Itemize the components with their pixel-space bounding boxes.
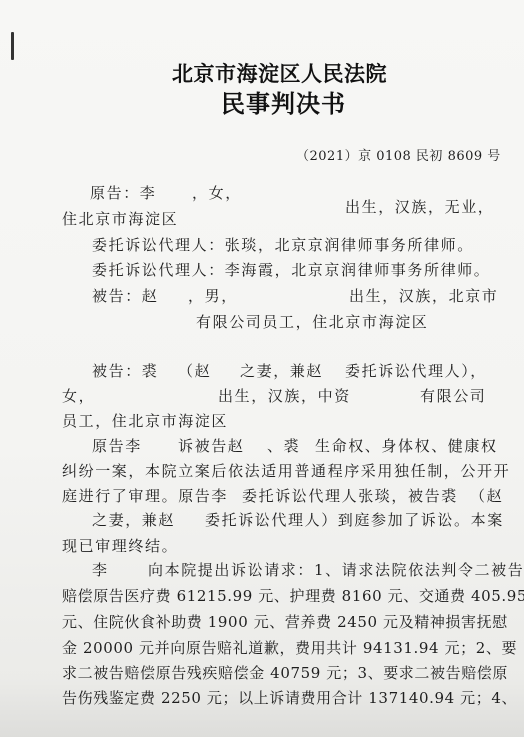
plaintiff-line: 原告：李 (90, 184, 156, 202)
page-shadow (0, 677, 524, 737)
margin-mark (11, 32, 14, 60)
agent-1: 委托诉讼代理人：张琰，北京京润律师事务所律师。 (92, 236, 474, 254)
document-type: 民事判决书 (221, 84, 346, 119)
claims-1b: 向本院提出诉讼请求：1、请求法院依法判令二被告 (148, 561, 524, 579)
claims-1a: 李 (92, 561, 109, 579)
claims-3: 元、住院伙食补助费 1900 元、营养费 2450 元及精神损害抚慰 (62, 613, 508, 631)
defendant-1-gender: ，男， (188, 287, 238, 305)
case-para-2: 纠纷一案，本院立案后依法适用普通程序采用独任制，公开开 (62, 462, 510, 480)
defendant-2-address: 员工，住北京市海淀区 (62, 412, 228, 430)
case-para-3c: （赵 (470, 487, 503, 505)
case-para-1d: 生命权、身体权、健康权 (315, 437, 498, 455)
case-para-5: 现已审理终结。 (62, 537, 178, 555)
defendant-1-address: 有限公司员工，住北京市海淀区 (196, 313, 428, 331)
defendant-2-company: 有限公司 (420, 387, 486, 405)
claims-4: 金 20000 元并向原告赔礼道歉，费用共计 94131.94 元；2、要 (62, 639, 517, 657)
case-number: （2021）京 0108 民初 8609 号 (296, 145, 501, 164)
agent-2: 委托诉讼代理人：李海霞，北京京润律师事务所律师。 (92, 261, 490, 279)
case-para-4a: 之妻，兼赵 (92, 511, 175, 529)
plaintiff-info: 出生，汉族，无业， (345, 198, 494, 216)
defendant-2-gender: 女， (62, 387, 95, 405)
defendant-2-info: 出生，汉族，中资 (218, 387, 351, 405)
plaintiff-gender: ，女， (192, 184, 242, 202)
defendant-2: 被告：裘 (92, 362, 158, 380)
case-para-4b: 委托诉讼代理人）到庭参加了诉讼。本案 (205, 511, 504, 529)
defendant-1: 被告：赵 (92, 287, 158, 305)
case-para-3b: 委托诉讼代理人张琰，被告裘 (242, 487, 458, 505)
defendant-2-rel-b: 之妻，兼赵 (240, 362, 323, 380)
defendant-1-info: 出生，汉族，北京市 (349, 287, 498, 305)
case-para-1b: 诉被告赵 (178, 437, 244, 455)
plaintiff-address: 住北京市海淀区 (62, 210, 178, 228)
claims-2: 赔偿原告医疗费 61215.99 元、护理费 8160 元、交通费 405.95 (62, 587, 524, 605)
case-para-1a: 原告李 (92, 437, 142, 455)
defendant-2-rel-a: （赵 (178, 362, 211, 380)
defendant-2-rel-c: 委托诉讼代理人）， (345, 362, 487, 380)
case-para-3a: 庭进行了审理。原告李 (62, 487, 228, 505)
case-para-1c: 、裘 (267, 437, 300, 455)
